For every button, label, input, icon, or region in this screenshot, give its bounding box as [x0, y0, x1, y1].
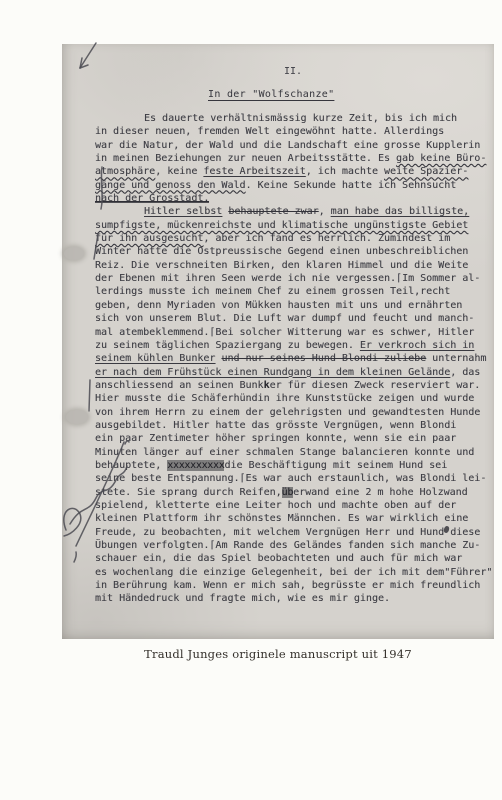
handwriting-scrawl: [54, 438, 140, 550]
typescript-line: der Ebenen mit ihren Seen werde ich nie …: [95, 272, 495, 285]
typescript-segment: mal atembeklemmend.: [95, 327, 209, 338]
margin-stroke-3: [86, 378, 94, 414]
chapter-title: In der "Wolfschanze": [208, 89, 334, 100]
typescript-segment: und nur seines Hund Blondi zuliebe: [221, 353, 426, 364]
typescript-line: Hitler selbst behauptete zwar, man habe …: [95, 205, 495, 218]
photo-background: II. In der "Wolfschanze" Es dauerte verh…: [0, 0, 502, 800]
typescript-segment: der Ebenen mit ihren Seen werde ich nie …: [95, 273, 396, 284]
typescript-segment: Es dauerte verhältnismässig kurze Zeit, …: [144, 113, 457, 124]
typescript-segment: Winter hatte die Ostpreussische Gegend e…: [95, 246, 468, 257]
typescript-line: seinem kühlen Bunker und nur seines Hund…: [95, 352, 495, 365]
typescript-line: kleinen Plattform ihr schönstes Männchen…: [95, 512, 495, 525]
caption: Traudl Junges originele manuscript uit 1…: [62, 647, 494, 661]
typescript-segment: behauptete zwar: [228, 206, 318, 217]
typescript-segment: Hier musste die Schäferhündin ihre Kunst…: [95, 393, 474, 404]
typescript-segment: die Beschäftigung mit seinem Hund sei: [224, 460, 447, 471]
typescript-segment: xxxxxxxxxx: [167, 460, 224, 471]
typescript-line: er nach dem Frühstück einen Rundgang in …: [95, 366, 495, 379]
typescript-segment: von ihrem Herrn zu einem der gelehrigste…: [95, 407, 480, 418]
typescript-line: schauer ein, die das Spiel beobachteten …: [95, 552, 495, 565]
typescript-line: in dieser neuen, fremden Welt eingewöhnt…: [95, 125, 495, 138]
typescript-line: mal atembeklemmend.⌈Bei solcher Witterun…: [95, 326, 495, 339]
typescript-line: von ihrem Herrn zu einem der gelehrigste…: [95, 406, 495, 419]
typescript-segment: Hitler selbst: [144, 206, 222, 217]
typescript-line: sumpfigste, mückenreichste und klimatisc…: [95, 219, 495, 232]
typescript-segment: er für diesen Zweck reserviert war.: [270, 380, 481, 391]
margin-stroke-1: [97, 164, 107, 212]
typescript-segment: ,: [319, 206, 331, 217]
typescript-segment: , aber ich fand es herrlich. Zumindest i…: [203, 233, 450, 244]
typescript-line: in meinen Beziehungen zur neuen Arbeitss…: [95, 152, 495, 165]
typescript-segment: , das: [450, 367, 480, 378]
typescript-segment: nach der Grosstadt.: [95, 193, 209, 204]
typescript-segment: kleinen Plattform ihr schönstes Männchen…: [95, 513, 468, 524]
typescript-line: Übungen verfolgten.⌈Am Rande des Gelände…: [95, 539, 495, 552]
typescript-line: nach der Grosstadt.: [95, 192, 495, 205]
typescript-segment: , ich machte: [306, 166, 384, 177]
typescript-segment: lerdings musste ich meinem Chef zu einem…: [95, 286, 450, 297]
typescript-line: spielend, kletterte eine Leiter hoch und…: [95, 499, 495, 512]
typescript-line: lerdings musste ich meinem Chef zu einem…: [95, 285, 495, 298]
typescript-segment: sich von unserem Blut. Die Luft war dump…: [95, 313, 474, 324]
typescript-line: ein paar Zentimeter höher springen konnt…: [95, 432, 495, 445]
typescript-segment: Freude, zu beobachten, mit welchem Vergn…: [95, 527, 480, 538]
typescript-segment: anschliessend an seinen Bunk: [95, 380, 264, 391]
typescript-line: sich von unserem Blut. Die Luft war dump…: [95, 312, 495, 325]
typescript-segment: Im Sommer al-: [402, 273, 480, 284]
typescript-line: Hier musste die Schäferhündin ihre Kunst…: [95, 392, 495, 405]
typescript-line: gänge und genoss den Wald. Keine Sekunde…: [95, 179, 495, 192]
typescript-line: geben, denn Myriaden von Mükken hausten …: [95, 299, 495, 312]
typescript-segment: man habe das billigste,: [331, 206, 469, 217]
typescript-segment: gab keine Büro-: [396, 153, 486, 164]
typescript-segment: Bei solcher Witterung war es schwer, Hit…: [215, 327, 474, 338]
page-number: II.: [284, 66, 302, 77]
typescript-line: ausgebildet. Hitler hatte das grösste Ve…: [95, 419, 495, 432]
typescript-segment: in meinen Beziehungen zur neuen Arbeitss…: [95, 153, 396, 164]
typescript-segment: sumpfigste, mückenreichste und klimatisc…: [95, 220, 468, 231]
typescript-line: zu seinem täglichen Spaziergang zu beweg…: [95, 339, 495, 352]
scanned-manuscript-page: II. In der "Wolfschanze" Es dauerte verh…: [62, 44, 494, 639]
typescript-line: seine beste Entspannung.⌈Es war auch ers…: [95, 472, 495, 485]
typescript-segment: zu seinem täglichen Spaziergang zu beweg…: [95, 340, 360, 351]
margin-stroke-2: [91, 232, 101, 262]
punch-hole-top: [64, 247, 84, 260]
typescript-segment: Es war auch erstaunlich, was Blondi lei-: [246, 473, 487, 484]
typescript-segment: in dieser neuen, fremden Welt eingewöhnt…: [95, 126, 444, 137]
typescript-line: mit Händedruck und fragte mich, wie es m…: [95, 592, 495, 605]
typescript-segment: feste Arbeitszeit: [203, 166, 305, 177]
punch-hole-bottom: [66, 410, 88, 424]
typescript-segment: schauer ein, die das Spiel beobachteten …: [95, 553, 462, 564]
typescript-line: war die Natur, der Wald und die Landscha…: [95, 139, 495, 152]
typescript-segment: unternahm: [426, 353, 486, 364]
typescript-line: behauptete, xxxxxxxxxxdie Beschäftigung …: [95, 459, 495, 472]
typescript-segment: Am Rande des Geländes fanden sich manche…: [215, 540, 480, 551]
typescript-segment: weite Spazier-: [384, 166, 468, 177]
typescript-line: anschliessend an seinen Bunkker für dies…: [95, 379, 495, 392]
typescript-segment: . Keine Sekunde hatte ich Sehnsucht: [246, 180, 457, 191]
typescript-segment: üb: [282, 487, 293, 498]
typescript-segment: er nach dem Frühstück einen Rundgang in …: [95, 367, 450, 378]
pencil-arrow-mark: [72, 40, 100, 72]
typescript-line: Minuten länger auf einer schmalen Stange…: [95, 446, 495, 459]
typescript-segment: geben, denn Myriaden von Mükken hausten …: [95, 300, 462, 311]
typescript-line: Reiz. Die verschneiten Birken, den klare…: [95, 259, 495, 272]
typescript-segment: seinem kühlen Bunker: [95, 353, 215, 364]
typescript-segment: ausgebildet. Hitler hatte das grösste Ve…: [95, 420, 456, 431]
typescript-segment: für ihn ausgesucht: [95, 233, 203, 244]
typescript-line: für ihn ausgesucht, aber ich fand es her…: [95, 232, 495, 245]
typescript-line: atmosphäre, keine feste Arbeitszeit, ich…: [95, 165, 495, 178]
typescript-segment: Er verkroch sich in: [360, 340, 474, 351]
typescript-line: stete. Sie sprang durch Reifen,überwand …: [95, 486, 495, 499]
pencil-tick-mark: [72, 550, 80, 564]
typescript-segment: ein paar Zentimeter höher springen konnt…: [95, 433, 456, 444]
typescript-segment: gänge und genoss den Wald: [95, 180, 246, 191]
typescript-line: Es dauerte verhältnismässig kurze Zeit, …: [95, 112, 495, 125]
typescript-segment: es wochenlang die einzige Gelegenheit, b…: [95, 567, 492, 578]
typescript-segment: mit Händedruck und fragte mich, wie es m…: [95, 593, 390, 604]
typescript-line: Freude, zu beobachten, mit welchem Vergn…: [95, 526, 495, 539]
typescript-line: in Berührung kam. Wenn er mich sah, begr…: [95, 579, 495, 592]
typescript-segment: , keine: [155, 166, 203, 177]
typescript-segment: Reiz. Die verschneiten Birken, den klare…: [95, 260, 468, 271]
typescript-segment: war die Natur, der Wald und die Landscha…: [95, 140, 480, 151]
typescript-line: Winter hatte die Ostpreussische Gegend e…: [95, 245, 495, 258]
typescript-segment: erwand eine 2 m hohe Holzwand: [293, 487, 468, 498]
typescript-segment: Minuten länger auf einer schmalen Stange…: [95, 447, 474, 458]
typescript-segment: in Berührung kam. Wenn er mich sah, begr…: [95, 580, 480, 591]
typescript-body: Es dauerte verhältnismässig kurze Zeit, …: [95, 112, 495, 606]
typescript-line: es wochenlang die einzige Gelegenheit, b…: [95, 566, 495, 579]
typescript-segment: spielend, kletterte eine Leiter hoch und…: [95, 500, 456, 511]
